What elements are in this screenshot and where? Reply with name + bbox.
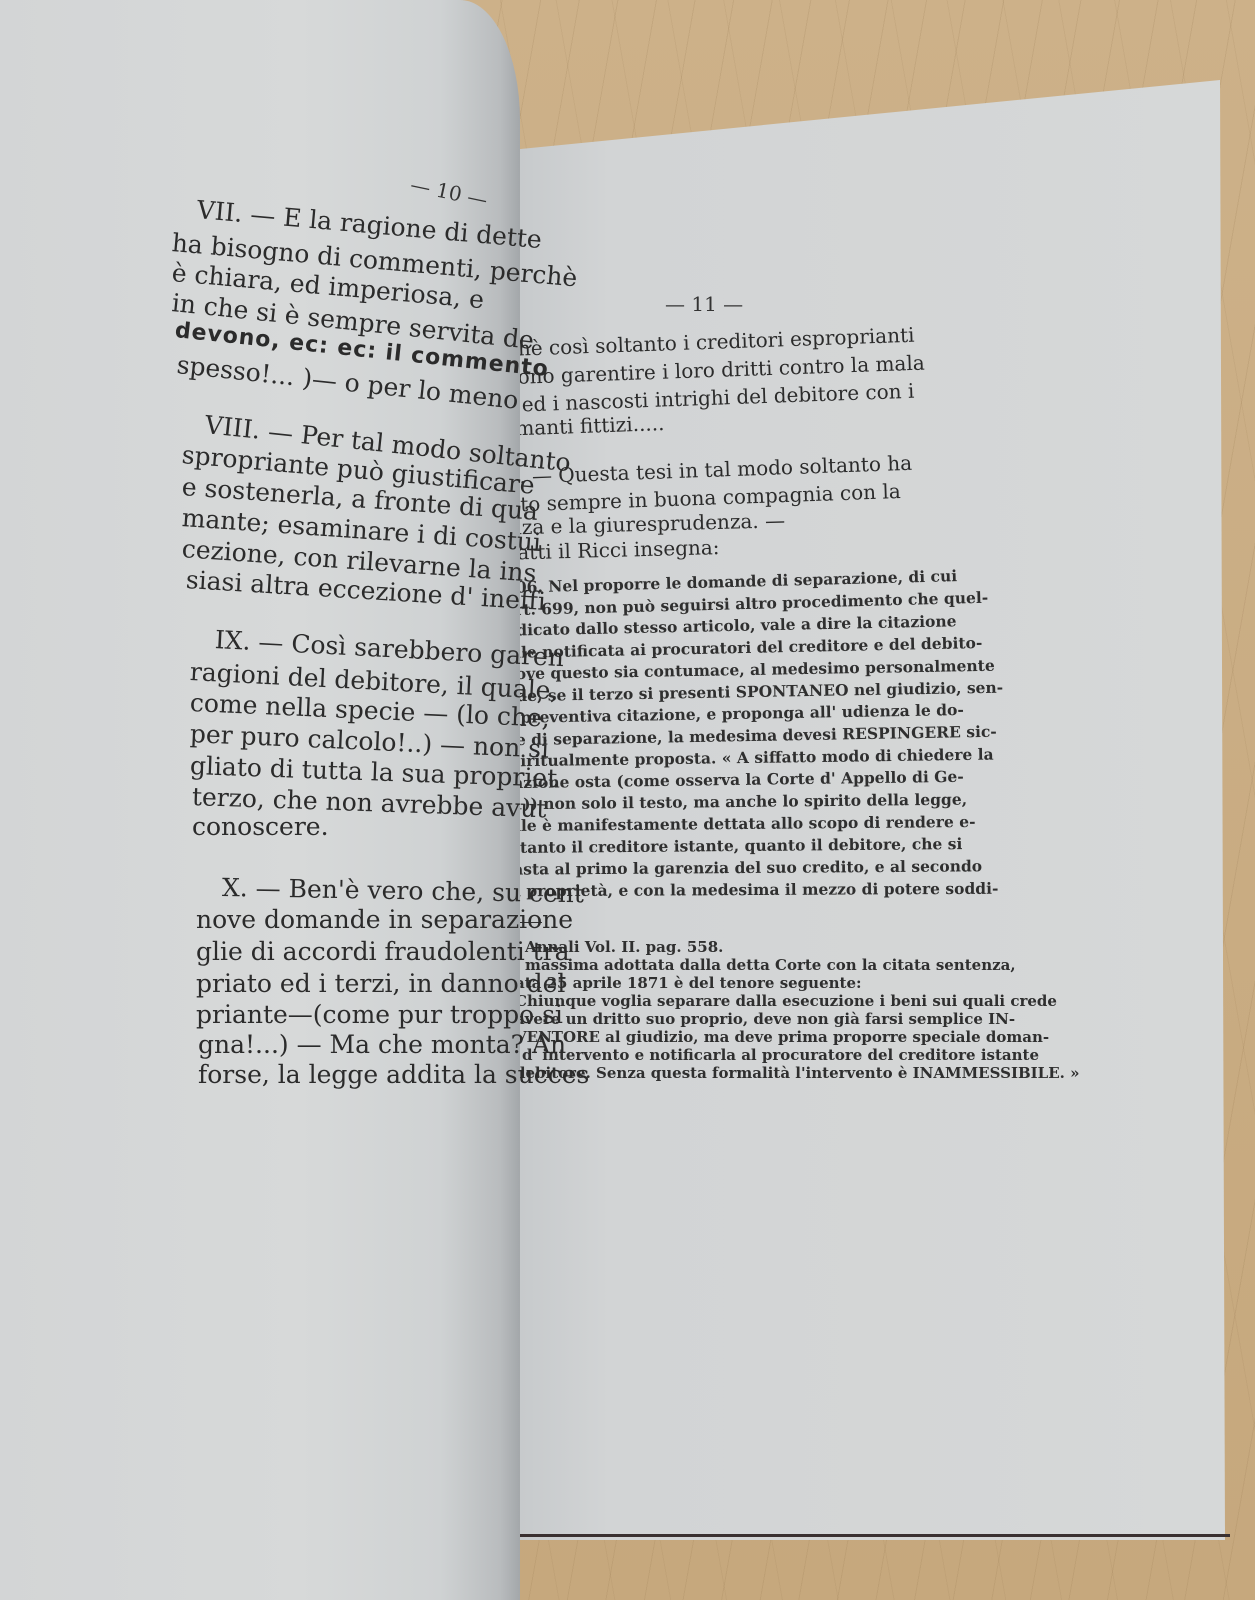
- text-line: priante—(come pur troppo si: [196, 1000, 563, 1029]
- page-bottom-edge: [515, 1534, 1230, 1537]
- footnote-line: d' intervento e notificarla al procurato…: [522, 1046, 1039, 1064]
- page-number-11: — 11 —: [665, 292, 743, 316]
- footnote-line: ata 25 aprile 1871 è del tenore seguente…: [515, 974, 862, 992]
- footnote-line: debitore. Senza questa formalità l'inter…: [515, 1064, 1079, 1082]
- text-line: priato ed i terzi, in danno del: [196, 969, 565, 998]
- quote-line: rasta al primo la garenzia del suo credi…: [505, 856, 982, 878]
- footnote-line: VENTORE al giudizio, ma deve prima propo…: [515, 1028, 1049, 1046]
- footnote-line: Chiunque voglia separare dalla esecuzion…: [515, 992, 1057, 1010]
- footnote-line: massima adottata dalla detta Corte con l…: [525, 956, 1016, 974]
- quote-line: tanto il creditore istante, quanto il de…: [520, 834, 963, 857]
- text-line: nove domande in separazione: [196, 905, 573, 934]
- text-line: forse, la legge addita la succes: [198, 1060, 589, 1089]
- footnote-line: avere un dritto suo proprio, deve non gi…: [515, 1010, 1015, 1028]
- text-line: glie di accordi fraudolenti tra: [196, 937, 570, 966]
- text-line: conoscere.: [192, 812, 329, 841]
- text-line: gna!...) — Ma che monta? An: [198, 1030, 566, 1059]
